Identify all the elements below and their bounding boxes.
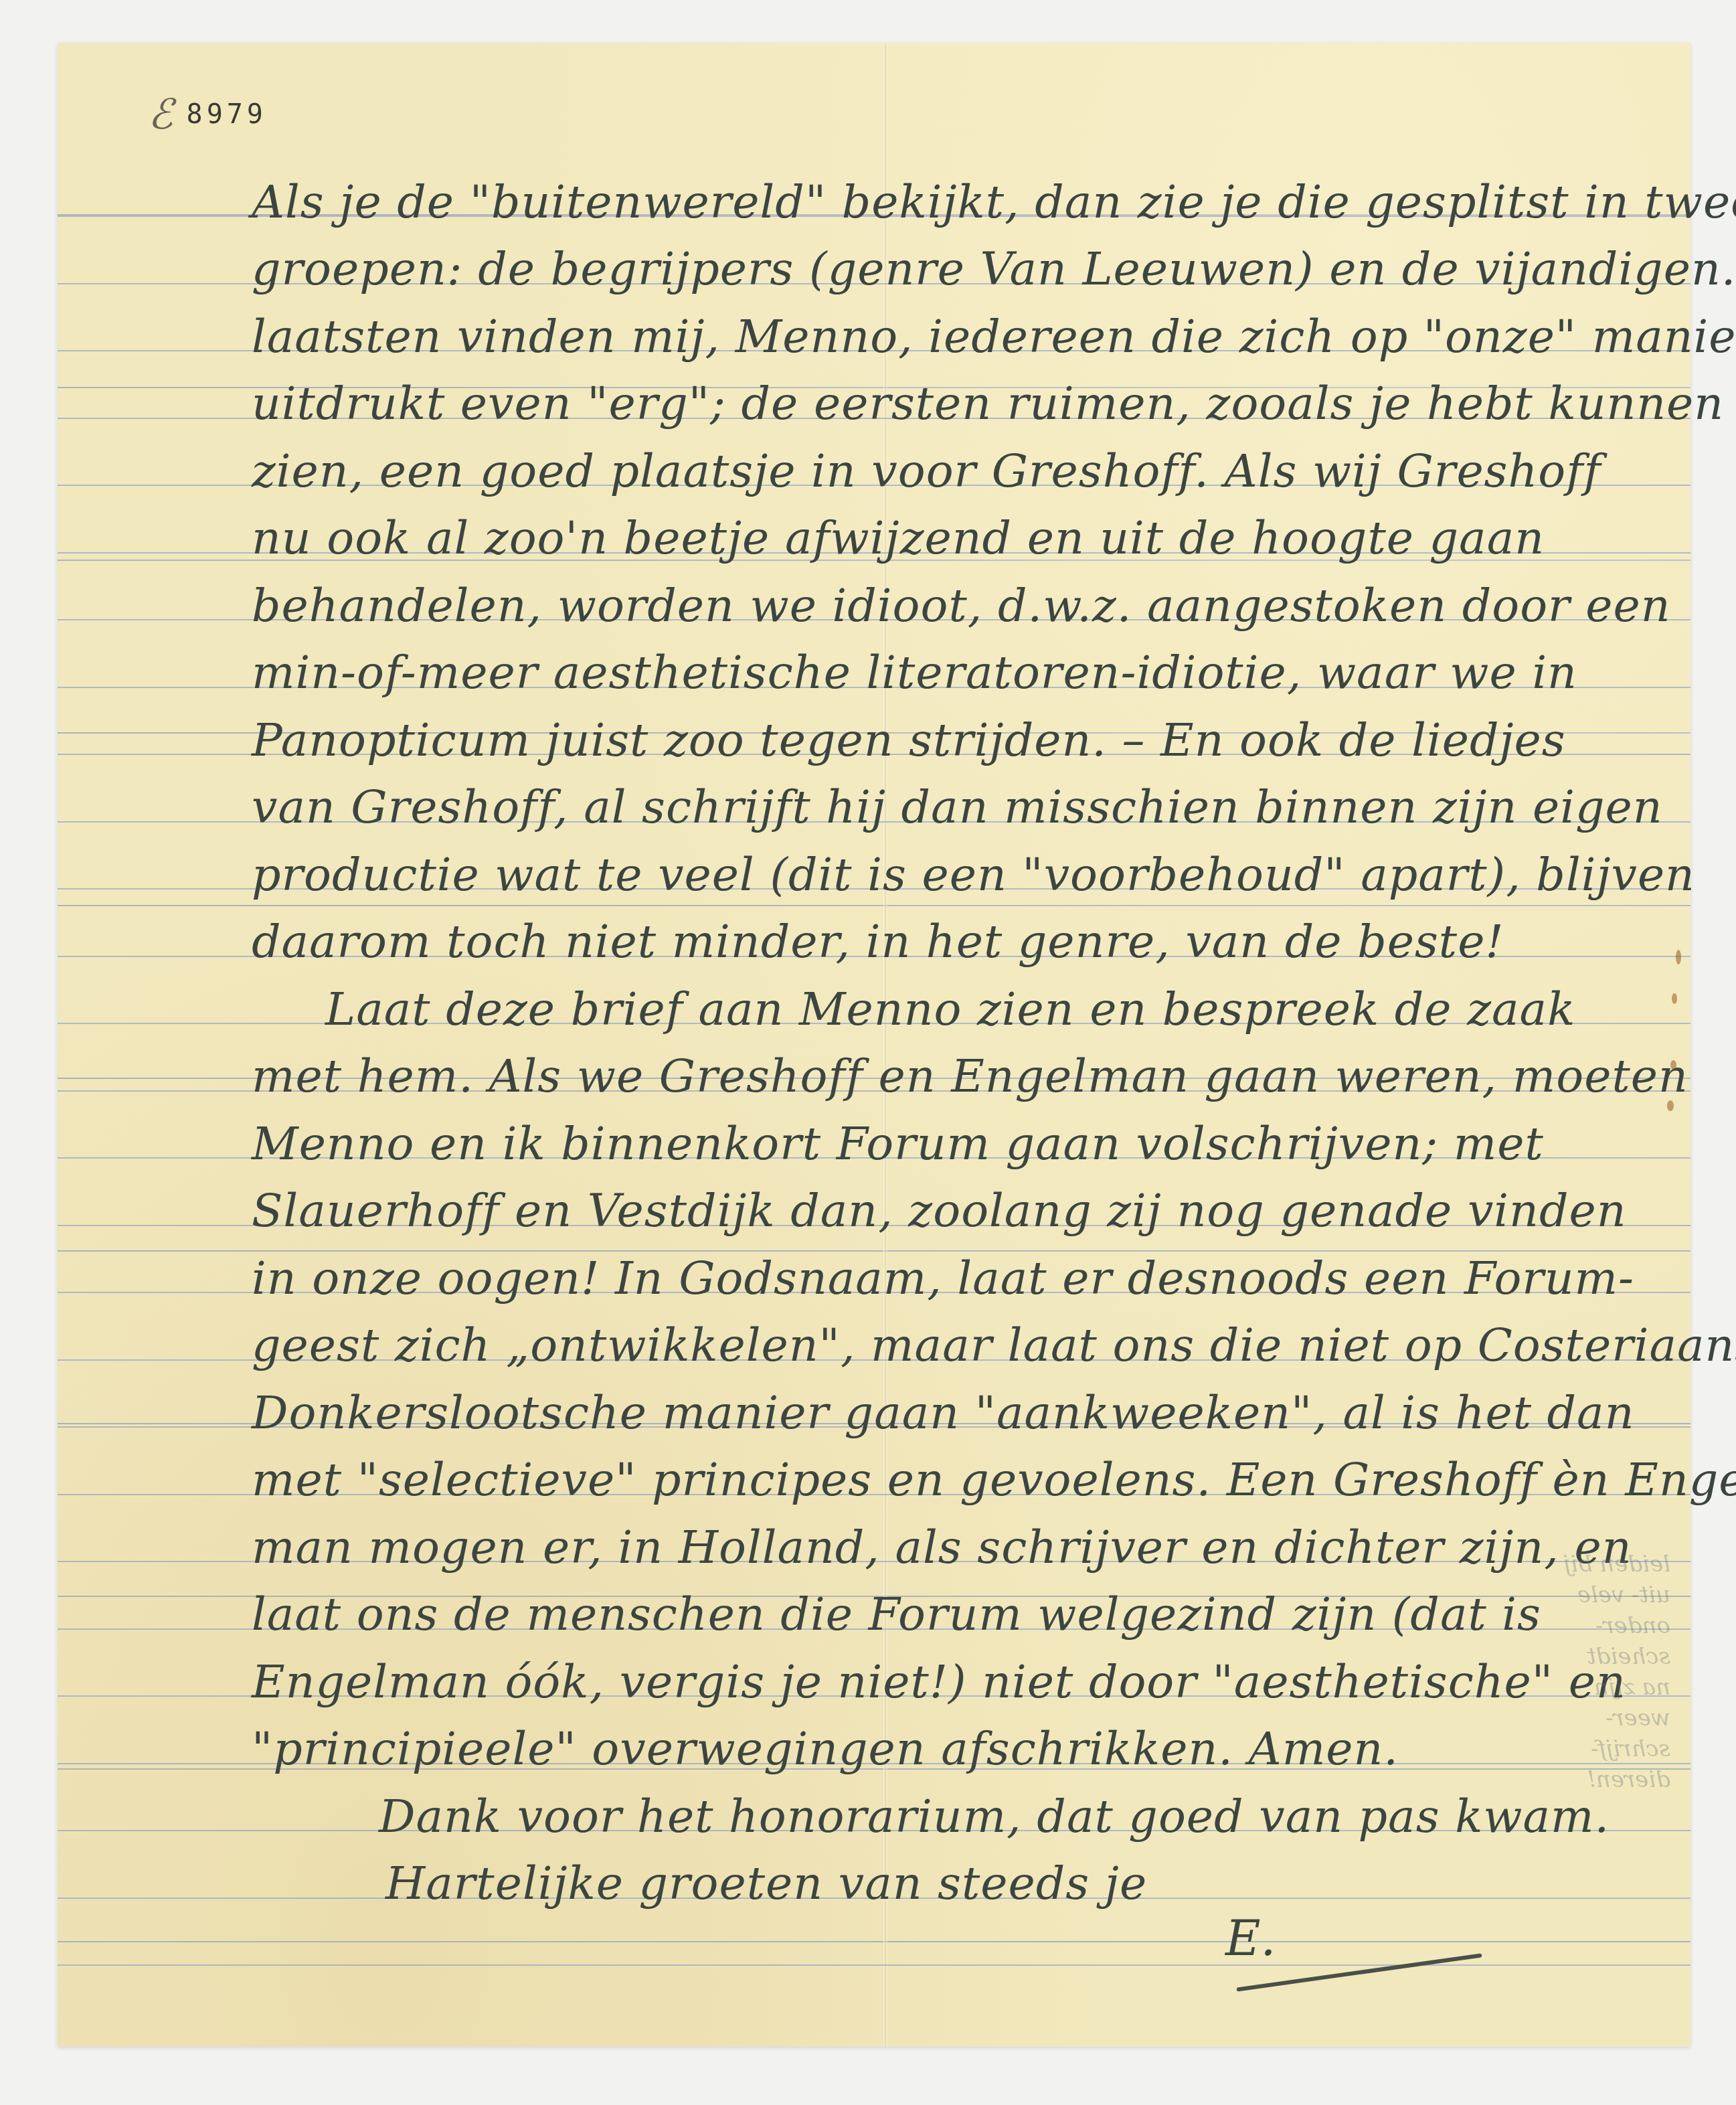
letter-page: ℰ 8979 Als je de "buitenwereld" bekijkt,… bbox=[58, 43, 1690, 2047]
letter-line-17: in onze oogen! In Godsnaam, laat er desn… bbox=[252, 1256, 1634, 1302]
letter-line-22: laat ons de menschen die Forum welgezind… bbox=[252, 1592, 1541, 1638]
letter-line-3: laatsten vinden mij, Menno, iedereen die… bbox=[252, 315, 1736, 360]
rust-stain bbox=[1676, 950, 1681, 964]
letter-line-10: van Greshoff, al schrijft hij dan missch… bbox=[252, 785, 1663, 831]
letter-line-19: Donkerslootsche manier gaan "aankweeken"… bbox=[252, 1391, 1634, 1436]
letter-line-8: min-of-meer aesthetische literatoren-idi… bbox=[252, 651, 1577, 696]
margin-bleed-through-text: leiden bij uit- vele onder- scheidt na z… bbox=[1557, 1549, 1670, 1795]
archive-stamp: ℰ 8979 bbox=[148, 90, 267, 139]
letter-line-20: met "selectieve" principes en gevoelens.… bbox=[252, 1458, 1736, 1503]
letter-line-18: geest zich „ontwikkelen", maar laat ons … bbox=[252, 1323, 1736, 1369]
rust-stain bbox=[1672, 993, 1677, 1004]
rust-stain bbox=[1667, 1100, 1674, 1111]
letter-line-1: Als je de "buitenwereld" bekijkt, dan zi… bbox=[252, 180, 1736, 226]
letter-line-24: "principieele" overwegingen afschrikken.… bbox=[252, 1727, 1399, 1772]
letter-line-4: uitdrukt even "erg"; de eersten ruimen, … bbox=[252, 382, 1724, 427]
letter-line-2: groepen: de begrijpers (genre Van Leeuwe… bbox=[252, 247, 1736, 292]
letter-line-15: Menno en ik binnenkort Forum gaan volsch… bbox=[252, 1122, 1544, 1167]
letter-line-13: Laat deze brief aan Menno zien en bespre… bbox=[325, 987, 1575, 1033]
letter-line-6: nu ook al zoo'n beetje afwijzend en uit … bbox=[252, 516, 1545, 562]
letter-line-21: man mogen er, in Holland, als schrijver … bbox=[252, 1525, 1632, 1571]
rust-stain bbox=[1670, 1060, 1676, 1070]
letter-line-5: zien, een goed plaatsje in voor Greshoff… bbox=[252, 449, 1601, 495]
archive-mark-icon: ℰ bbox=[148, 90, 173, 139]
letter-line-11: productie wat te veel (dit is een "voorb… bbox=[252, 853, 1695, 898]
archive-number: 8979 bbox=[187, 99, 267, 130]
letter-line-14: met hem. Als we Greshoff en Engelman gaa… bbox=[252, 1054, 1688, 1100]
letter-line-16: Slauerhoff en Vestdijk dan, zoolang zij … bbox=[252, 1189, 1626, 1234]
letter-line-12: daarom toch niet minder, in het genre, v… bbox=[252, 920, 1504, 965]
signature: E. bbox=[1225, 1910, 1276, 1966]
ruled-line bbox=[58, 1964, 1690, 1966]
letter-line-7: behandelen, worden we idioot, d.w.z. aan… bbox=[252, 584, 1670, 629]
letter-line-9: Panopticum juist zoo tegen strijden. – E… bbox=[252, 718, 1566, 764]
letter-line-23: Engelman óók, vergis je niet!) niet door… bbox=[252, 1660, 1626, 1705]
letter-line-25: Dank voor het honorarium, dat goed van p… bbox=[379, 1794, 1610, 1840]
letter-line-26: Hartelijke groeten van steeds je bbox=[385, 1861, 1147, 1907]
perforated-top-edge bbox=[58, 36, 1690, 44]
